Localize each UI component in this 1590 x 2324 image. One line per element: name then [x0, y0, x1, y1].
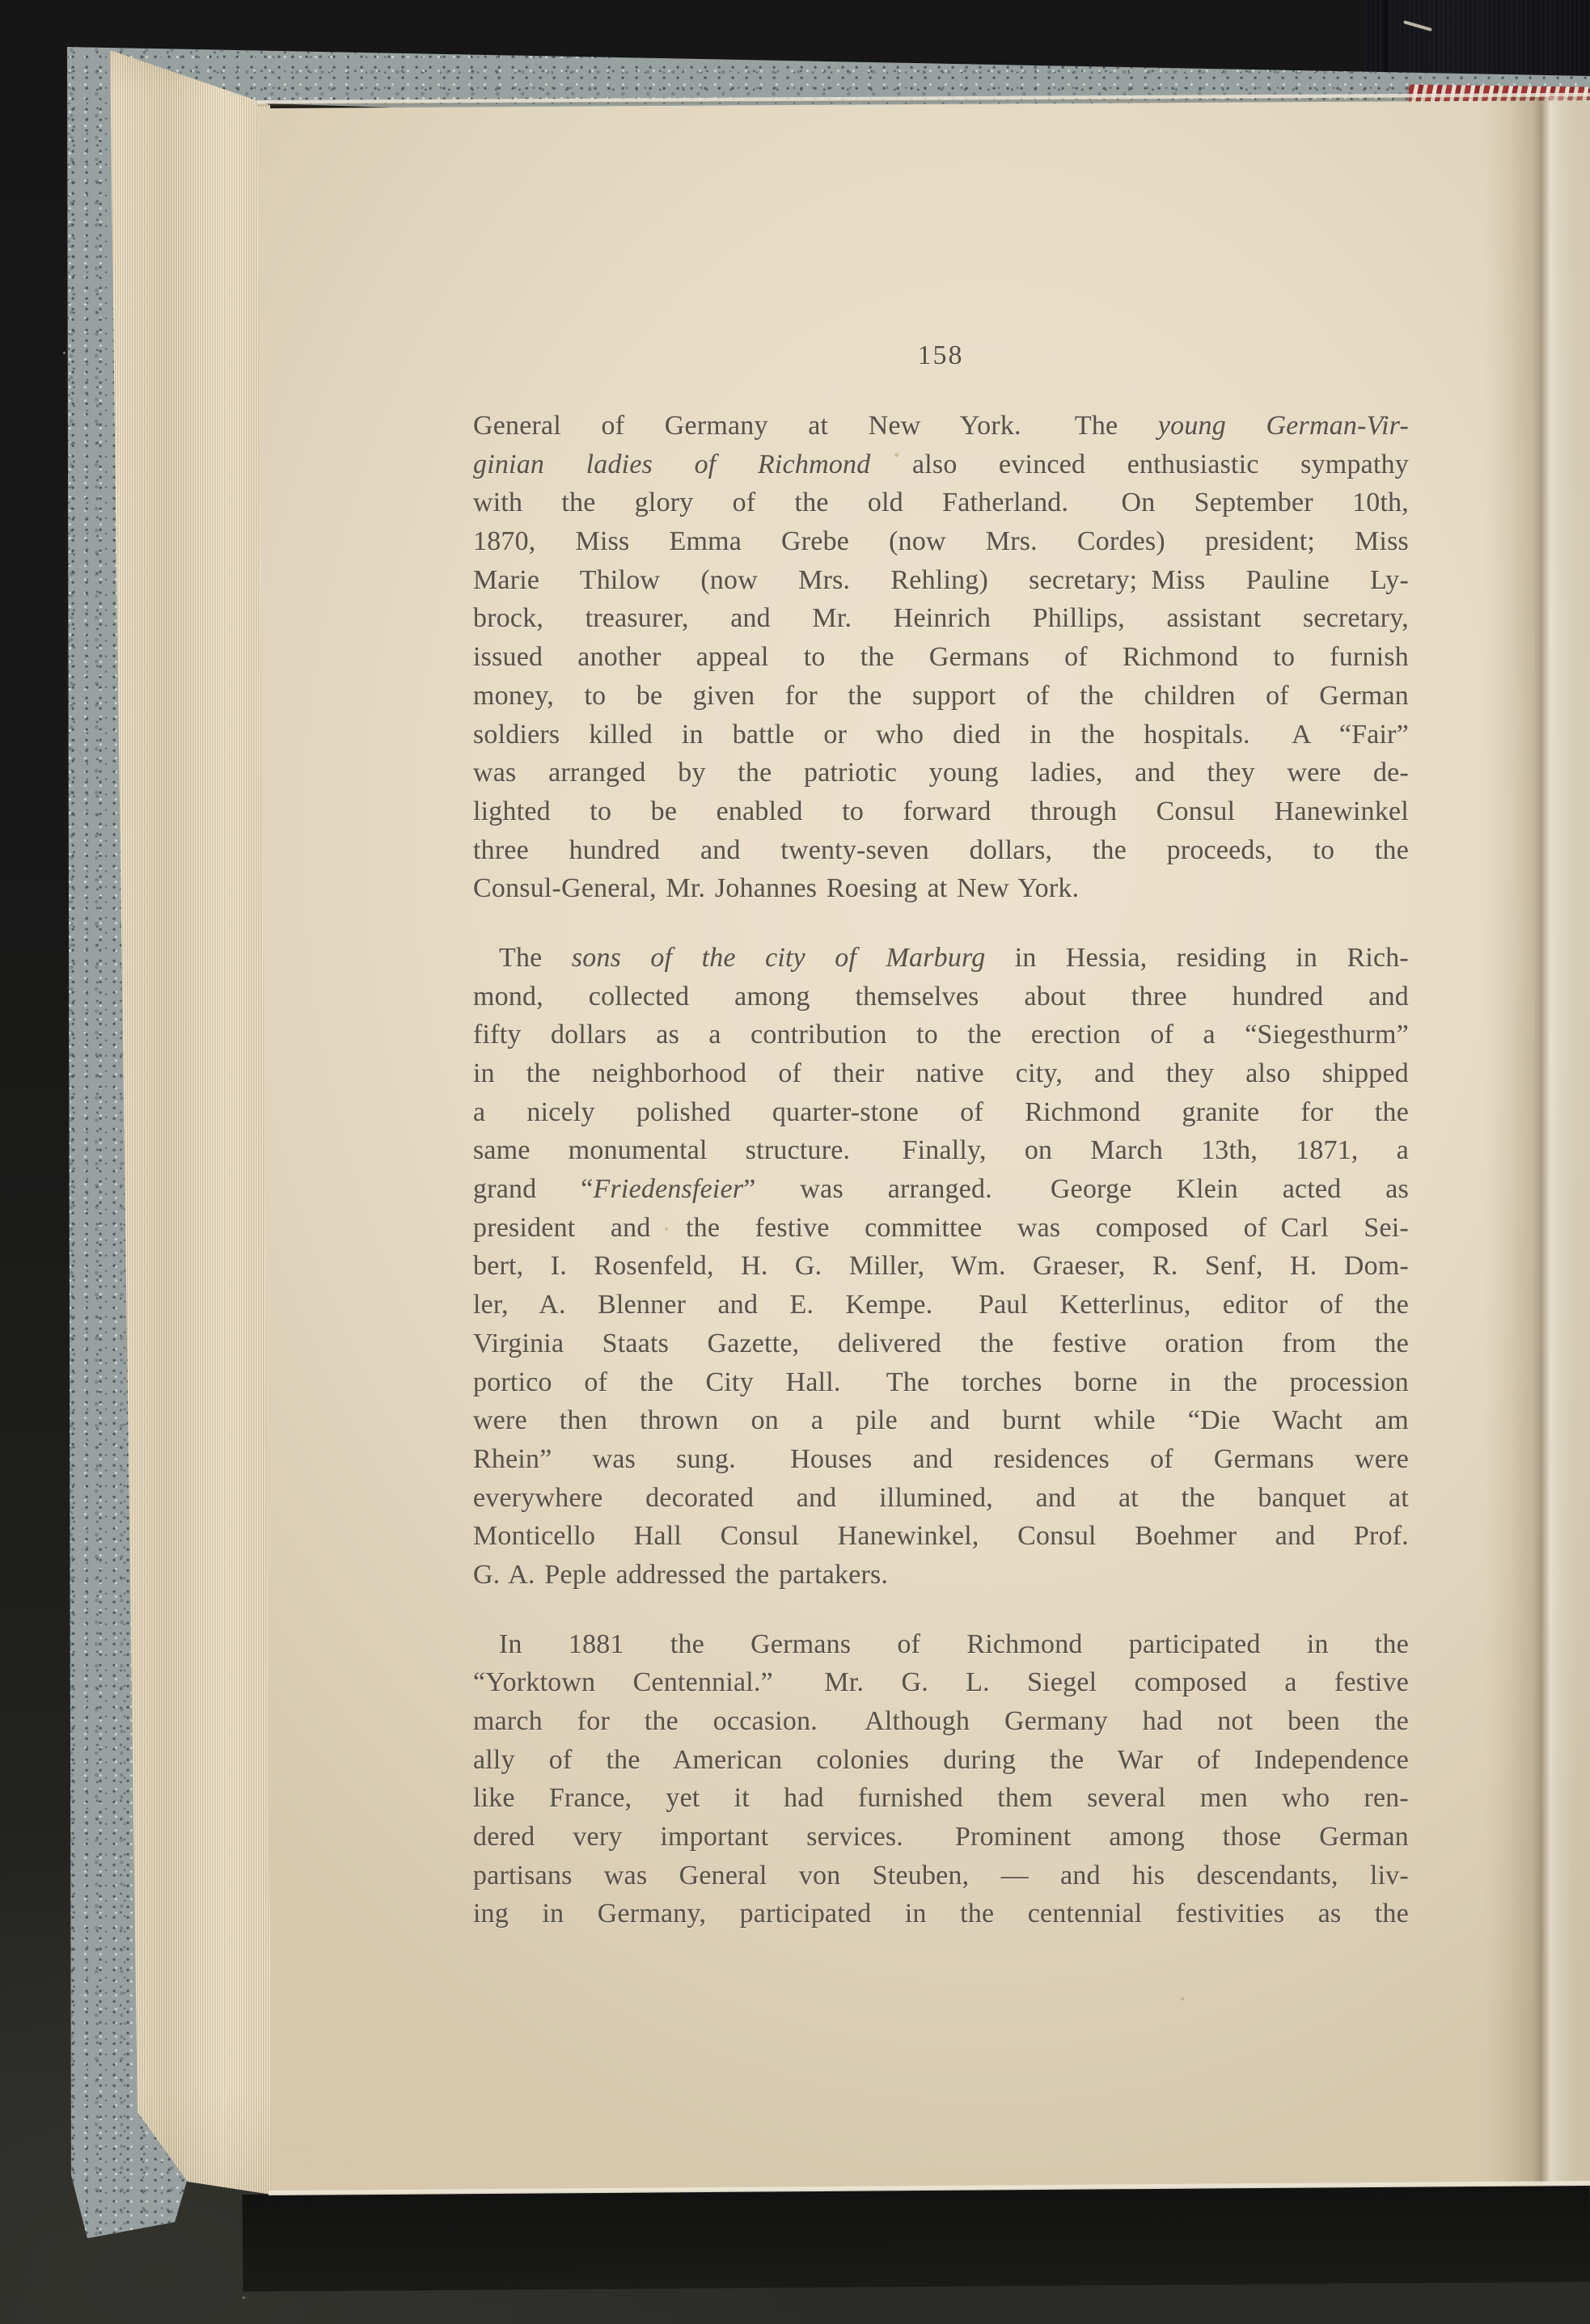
text-line: a nicely polished quarter-stone of Richm…: [473, 1093, 1409, 1132]
text-line: like France, yet it had furnished them s…: [473, 1779, 1409, 1818]
italic-text: sons of the city of Marburg: [572, 943, 986, 973]
text-line: fifty dollars as a contribution to the e…: [473, 1016, 1409, 1054]
text-segment: portico of the City Hall. The torches bo…: [473, 1367, 1409, 1397]
text-segment: partisans was General von Steuben, — and…: [473, 1861, 1409, 1891]
book-photo: 158 General of Germany at New York. The …: [0, 0, 1590, 2324]
foxing-spot: [1181, 1997, 1184, 2001]
text-segment: fifty dollars as a contribution to the e…: [473, 1020, 1409, 1050]
text-segment: everywhere decorated and illumined, and …: [473, 1483, 1409, 1513]
italic-text: Friedensfeier: [594, 1174, 744, 1204]
text-line: mond, collected among themselves about t…: [473, 978, 1409, 1016]
text-line: with the glory of the old Fatherland. On…: [473, 484, 1409, 522]
text-segment: Consul-General, Mr. Johannes Roesing at …: [473, 873, 1079, 903]
text-line: ginian ladies of Richmond also evinced e…: [473, 446, 1409, 484]
text-segment: same monumental structure. Finally, on M…: [473, 1135, 1409, 1165]
text-line: lighted to be enabled to forward through…: [473, 792, 1409, 831]
text-segment: like France, yet it had furnished them s…: [473, 1783, 1409, 1813]
text-line: was arranged by the patriotic young ladi…: [473, 754, 1409, 792]
text-segment: 1870, Miss Emma Grebe (now Mrs. Cordes) …: [473, 526, 1409, 556]
text-line: Monticello Hall Consul Hanewinkel, Consu…: [473, 1517, 1409, 1556]
paragraph: The sons of the city of Marburg in Hessi…: [473, 939, 1409, 1595]
text-segment: ing in Germany, participated in the cent…: [473, 1899, 1409, 1929]
text-line: march for the occasion. Although Germany…: [473, 1702, 1409, 1741]
text-segment: mond, collected among themselves about t…: [473, 982, 1409, 1012]
text-segment: also evinced enthusiastic sympathy: [870, 450, 1409, 480]
text-line: money, to be given for the support of th…: [473, 677, 1409, 716]
text-line: in the neighborhood of their native city…: [473, 1054, 1409, 1093]
text-segment: grand “: [473, 1174, 594, 1204]
text-segment: ler, A. Blenner and E. Kempe. Paul Kette…: [473, 1290, 1409, 1320]
text-line: ally of the American colonies during the…: [473, 1741, 1409, 1780]
text-segment: in the neighborhood of their native city…: [473, 1058, 1409, 1088]
text-line: Rhein” was sung. Houses and residences o…: [473, 1440, 1409, 1479]
text-segment: Marie Thilow (now Mrs. Rehling) secretar…: [473, 565, 1409, 595]
text-line: brock, treasurer, and Mr. Heinrich Phill…: [473, 599, 1409, 638]
text-segment: brock, treasurer, and Mr. Heinrich Phill…: [473, 603, 1409, 633]
text-segment: “Yorktown Centennial.” Mr. G. L. Siegel …: [473, 1667, 1409, 1697]
text-line: issued another appeal to the Germans of …: [473, 638, 1409, 677]
text-segment: Virginia Staats Gazette, delivered the f…: [473, 1329, 1409, 1358]
text-segment: Monticello Hall Consul Hanewinkel, Consu…: [473, 1521, 1409, 1551]
dust-speck: [63, 352, 66, 354]
text-line: everywhere decorated and illumined, and …: [473, 1479, 1409, 1518]
text-line: G. A. Peple addressed the partakers.: [473, 1556, 1409, 1595]
text-segment: was arranged by the patriotic young ladi…: [473, 758, 1409, 788]
italic-text: ginian ladies of Richmond: [473, 450, 870, 480]
paragraph: In 1881 the Germans of Richmond particip…: [473, 1625, 1409, 1934]
italic-text: young German-Vir-: [1158, 411, 1409, 441]
text-segment: Rhein” was sung. Houses and residences o…: [473, 1444, 1409, 1474]
text-line: 1870, Miss Emma Grebe (now Mrs. Cordes) …: [473, 522, 1409, 561]
text-segment: ” was arranged. George Klein acted as: [743, 1174, 1409, 1204]
text-segment: march for the occasion. Although Germany…: [473, 1706, 1409, 1736]
text-segment: in Hessia, residing in Rich-: [985, 943, 1409, 973]
text-segment: a nicely polished quarter-stone of Richm…: [473, 1097, 1409, 1127]
text-segment: G. A. Peple addressed the partakers.: [473, 1560, 888, 1590]
book-cover-bottom-edge: [243, 2185, 1590, 2292]
text-line: grand “Friedensfeier” was arranged. Geor…: [473, 1170, 1409, 1209]
text-line: partisans was General von Steuben, — and…: [473, 1857, 1409, 1895]
text-line: Marie Thilow (now Mrs. Rehling) secretar…: [473, 561, 1409, 600]
text-line: ing in Germany, participated in the cent…: [473, 1895, 1409, 1933]
text-line: dered very important services. Prominent…: [473, 1818, 1409, 1857]
text-line: three hundred and twenty-seven dollars, …: [473, 831, 1409, 870]
text-segment: In 1881 the Germans of Richmond particip…: [499, 1629, 1409, 1659]
text-line: In 1881 the Germans of Richmond particip…: [473, 1625, 1409, 1664]
text-line: portico of the City Hall. The torches bo…: [473, 1363, 1409, 1402]
text-line: bert, I. Rosenfeld, H. G. Miller, Wm. Gr…: [473, 1247, 1409, 1286]
text-line: same monumental structure. Finally, on M…: [473, 1131, 1409, 1170]
text-segment: bert, I. Rosenfeld, H. G. Miller, Wm. Gr…: [473, 1251, 1409, 1281]
text-line: Virginia Staats Gazette, delivered the f…: [473, 1325, 1409, 1363]
text-line: soldiers killed in battle or who died in…: [473, 716, 1409, 754]
text-segment: three hundred and twenty-seven dollars, …: [473, 835, 1409, 865]
page-number: 158: [918, 340, 964, 371]
text-line: president and the festive committee was …: [473, 1209, 1409, 1248]
paragraph: General of Germany at New York. The youn…: [473, 407, 1409, 908]
text-line: “Yorktown Centennial.” Mr. G. L. Siegel …: [473, 1663, 1409, 1702]
text-segment: soldiers killed in battle or who died in…: [473, 720, 1409, 750]
text-line: General of Germany at New York. The youn…: [473, 407, 1409, 446]
text-line: The sons of the city of Marburg in Hessi…: [473, 939, 1409, 978]
right-leaf: [1551, 97, 1590, 2193]
text-segment: with the glory of the old Fatherland. On…: [473, 488, 1409, 518]
text-segment: issued another appeal to the Germans of …: [473, 642, 1409, 672]
text-segment: The: [499, 943, 572, 973]
text-line: ler, A. Blenner and E. Kempe. Paul Kette…: [473, 1286, 1409, 1325]
text-line: were then thrown on a pile and burnt whi…: [473, 1401, 1409, 1440]
text-segment: General of Germany at New York. The: [473, 411, 1158, 441]
text-segment: dered very important services. Prominent…: [473, 1822, 1409, 1852]
text-segment: were then thrown on a pile and burnt whi…: [473, 1405, 1409, 1435]
text-segment: ally of the American colonies during the…: [473, 1745, 1409, 1775]
text-segment: president and the festive committee was …: [473, 1213, 1409, 1243]
text-block: General of Germany at New York. The youn…: [473, 407, 1409, 1933]
text-line: Consul-General, Mr. Johannes Roesing at …: [473, 869, 1409, 908]
dust-speck: [243, 2297, 245, 2299]
text-segment: lighted to be enabled to forward through…: [473, 796, 1409, 826]
text-segment: money, to be given for the support of th…: [473, 681, 1409, 711]
